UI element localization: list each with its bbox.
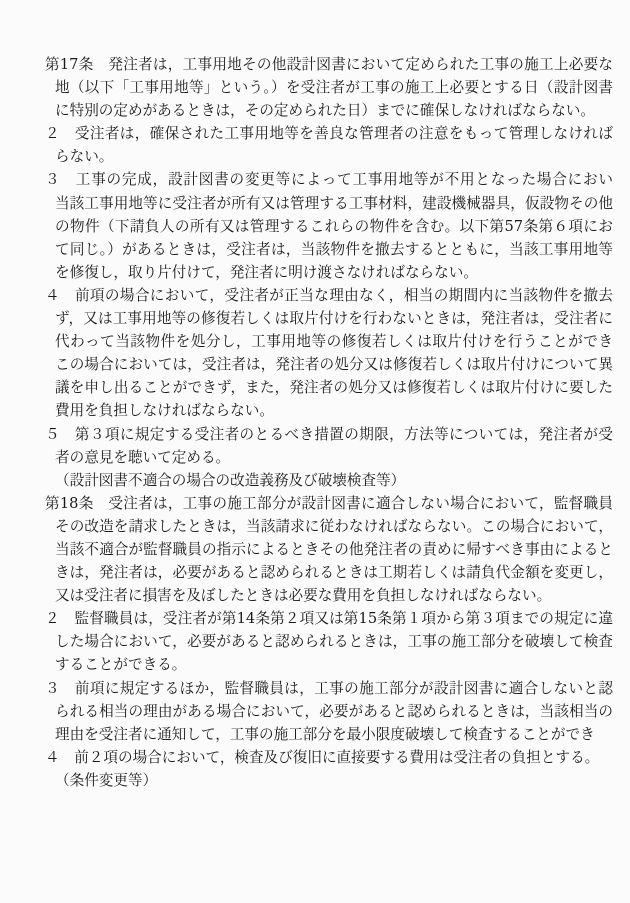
text-line: 又は受注者に損害を及ぼしたときは必要な費用を負担しなければならない。 [45, 584, 613, 607]
text-line: 第18条 受注者は，工事の施工部分が設計図書に適合しない場合において，監督職員が [45, 492, 613, 515]
text-line: 者の意見を聴いて定める。 [45, 446, 613, 469]
text-line: その改造を請求したときは，当該請求に従わなければならない。この場合において， [45, 515, 613, 538]
text-line: この場合においては，受注者は，発注者の処分又は修復若しくは取片付けについて異 [45, 353, 613, 376]
text-line: て同じ。）があるときは，受注者は，当該物件を撤去するとともに，当該工事用地等 [45, 238, 613, 261]
text-line: ４ 前２項の場合において，検査及び復旧に直接要する費用は受注者の負担とする。 [45, 746, 613, 769]
text-line: した場合において，必要があると認められるときは，工事の施工部分を破壊して検査 [45, 630, 613, 653]
text-line: 議を申し出ることができず，また，発注者の処分又は修復若しくは取片付けに要した [45, 376, 613, 399]
text-line: 地（以下「工事用地等」という。）を受注者が工事の施工上必要とする日（設計図書 [45, 76, 613, 99]
article-17-item-2: ２ 受注者は，確保された工事用地等を善良な管理者の注意をもって管理しなければな … [45, 122, 613, 168]
section-heading: （設計図書不適合の場合の改造義務及び破壊検査等） [45, 469, 613, 492]
contract-text-block: 第17条 発注者は，工事用地その他設計図書において定められた工事の施工上必要な用… [45, 53, 613, 792]
text-line: の物件（下請負人の所有又は管理するこれらの物件を含む。以下第57条第６項におい [45, 215, 613, 238]
text-line: ２ 受注者は，確保された工事用地等を善良な管理者の注意をもって管理しなければな [45, 122, 613, 145]
text-line: ３ 工事の完成，設計図書の変更等によって工事用地等が不用となった場合において， [45, 168, 613, 191]
text-line: 代わって当該物件を処分し，工事用地等の修復若しくは取片付けを行うことができる。 [45, 330, 613, 353]
article-19-heading: （条件変更等） [45, 769, 613, 792]
article-18: 第18条 受注者は，工事の施工部分が設計図書に適合しない場合において，監督職員が… [45, 492, 613, 607]
article-17-item-4: ４ 前項の場合において，受注者が正当な理由なく，相当の期間内に当該物件を撤去せ … [45, 284, 613, 423]
text-line: 第17条 発注者は，工事用地その他設計図書において定められた工事の施工上必要な用 [45, 53, 613, 76]
text-line: きは，発注者は，必要があると認められるときは工期若しくは請負代金額を変更し， [45, 561, 613, 584]
text-line: 理由を受注者に通知して，工事の施工部分を最小限度破壊して検査することができる。 [45, 723, 613, 746]
text-line: られる相当の理由がある場合において，必要があると認められるときは，当該相当の [45, 700, 613, 723]
text-line: 費用を負担しなければならない。 [45, 399, 613, 422]
text-line: ５ 第３項に規定する受注者のとるべき措置の期限，方法等については，発注者が受注 [45, 423, 613, 446]
text-line: を修復し，取り片付けて，発注者に明け渡さなければならない。 [45, 261, 613, 284]
text-line: ３ 前項に規定するほか，監督職員は，工事の施工部分が設計図書に適合しないと認め [45, 677, 613, 700]
article-18-item-3: ３ 前項に規定するほか，監督職員は，工事の施工部分が設計図書に適合しないと認め … [45, 677, 613, 746]
text-line: ず，又は工事用地等の修復若しくは取片付けを行わないときは，発注者は，受注者に [45, 307, 613, 330]
section-heading: （条件変更等） [45, 769, 613, 792]
text-line: 当該不適合が監督職員の指示によるときその他発注者の責めに帰すべき事由によると [45, 538, 613, 561]
text-line: に特別の定めがあるときは，その定められた日）までに確保しなければならない。 [45, 99, 613, 122]
article-18-item-2: ２ 監督職員は，受注者が第14条第２項又は第15条第１項から第３項までの規定に違… [45, 607, 613, 676]
text-line: 当該工事用地等に受注者が所有又は管理する工事材料，建設機械器具，仮設物その他 [45, 192, 613, 215]
article-18-heading: （設計図書不適合の場合の改造義務及び破壊検査等） [45, 469, 613, 492]
article-18-item-4: ４ 前２項の場合において，検査及び復旧に直接要する費用は受注者の負担とする。 [45, 746, 613, 769]
text-line: らない。 [45, 145, 613, 168]
document-page: 第17条 発注者は，工事用地その他設計図書において定められた工事の施工上必要な用… [0, 0, 630, 903]
text-line: ４ 前項の場合において，受注者が正当な理由なく，相当の期間内に当該物件を撤去せ [45, 284, 613, 307]
article-17-item-5: ５ 第３項に規定する受注者のとるべき措置の期限，方法等については，発注者が受注 … [45, 423, 613, 469]
text-line: することができる。 [45, 653, 613, 676]
article-17-item-3: ３ 工事の完成，設計図書の変更等によって工事用地等が不用となった場合において， … [45, 168, 613, 283]
article-17: 第17条 発注者は，工事用地その他設計図書において定められた工事の施工上必要な用… [45, 53, 613, 122]
text-line: ２ 監督職員は，受注者が第14条第２項又は第15条第１項から第３項までの規定に違… [45, 607, 613, 630]
